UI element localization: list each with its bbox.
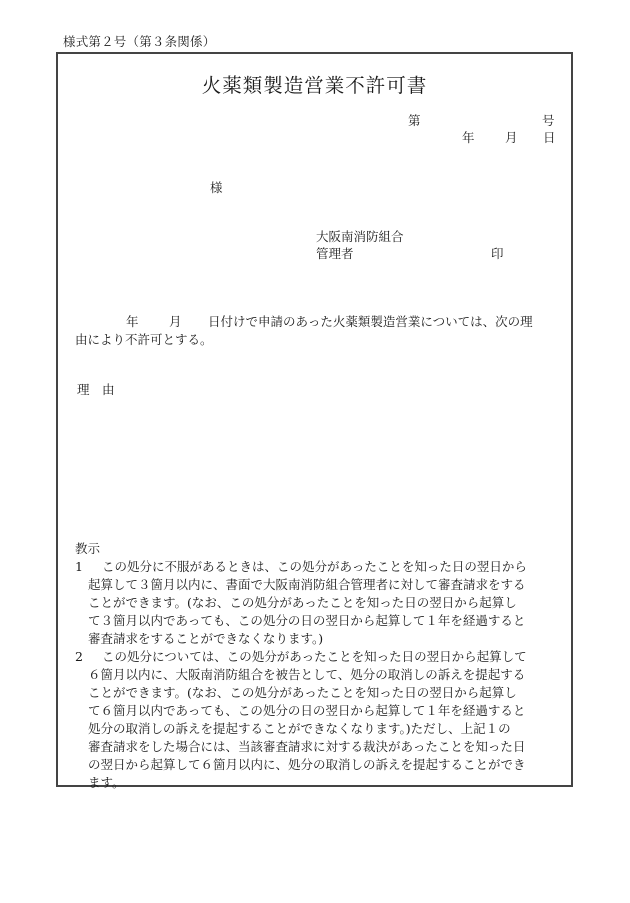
notice-item: 1 この処分に不服があるときは、この処分があったことを知った日の翌日から 起算し… xyxy=(75,558,555,648)
issuer-organization: 大阪南消防組合 xyxy=(316,227,404,245)
statement-month: 月 xyxy=(169,312,182,330)
statement-line2: 由により不許可とする。 xyxy=(75,330,213,348)
notice-line: ６箇月以内に、大阪南消防組合を被告として、処分の取消しの訴えを提起する xyxy=(88,666,555,684)
notice-line: この処分に不服があるときは、この処分があったことを知った日の翌日から xyxy=(88,558,555,576)
seal-mark: 印 xyxy=(491,244,504,262)
date-year: 年 xyxy=(462,128,475,146)
document-frame: 火薬類製造営業不許可書 第 号 年 月 日 様 大阪南消防組合 管理者 印 年 … xyxy=(56,52,573,787)
notice-item-number: 1 xyxy=(75,558,83,576)
notice-line: ます。 xyxy=(88,774,555,792)
addressee-suffix: 様 xyxy=(210,178,223,196)
notice-heading: 教示 xyxy=(75,540,555,558)
notice-line: ことができます。(なお、この処分があったことを知った日の翌日から起算し xyxy=(88,594,555,612)
notice-section: 教示 1 この処分に不服があるときは、この処分があったことを知った日の翌日から … xyxy=(75,540,555,792)
notice-line: 起算して３箇月以内に、書面で大阪南消防組合管理者に対して審査請求をする xyxy=(88,576,555,594)
form-label: 様式第２号（第３条関係） xyxy=(63,32,215,50)
statement-line1: 日付けで申請のあった火薬類製造営業については、次の理 xyxy=(208,312,533,330)
date-month: 月 xyxy=(505,128,518,146)
notice-line: て６箇月以内であっても、この処分の日の翌日から起算して１年を経過すると xyxy=(88,702,555,720)
notice-line: この処分については、この処分があったことを知った日の翌日から起算して xyxy=(88,648,555,666)
notice-line: 審査請求をした場合には、当該審査請求に対する裁決があったことを知った日 xyxy=(88,738,555,756)
notice-item-number: 2 xyxy=(75,648,83,666)
statement-year: 年 xyxy=(126,312,139,330)
number-suffix: 号 xyxy=(542,111,555,129)
notice-line: 処分の取消しの訴えを提起することができなくなります。)ただし、上記１の xyxy=(88,720,555,738)
date-day: 日 xyxy=(543,128,556,146)
notice-line: ことができます。(なお、この処分があったことを知った日の翌日から起算し xyxy=(88,684,555,702)
notice-line: の翌日から起算して６箇月以内に、処分の取消しの訴えを提起することができ xyxy=(88,756,555,774)
issuer-role: 管理者 xyxy=(316,244,354,262)
notice-item: 2 この処分については、この処分があったことを知った日の翌日から起算して ６箇月… xyxy=(75,648,555,792)
reason-label: 理 由 xyxy=(77,380,115,398)
number-prefix: 第 xyxy=(408,111,421,129)
notice-line: 審査請求をすることができなくなります。) xyxy=(88,630,555,648)
notice-line: て３箇月以内であっても、この処分の日の翌日から起算して１年を経過すると xyxy=(88,612,555,630)
document-title: 火薬類製造営業不許可書 xyxy=(58,70,571,98)
